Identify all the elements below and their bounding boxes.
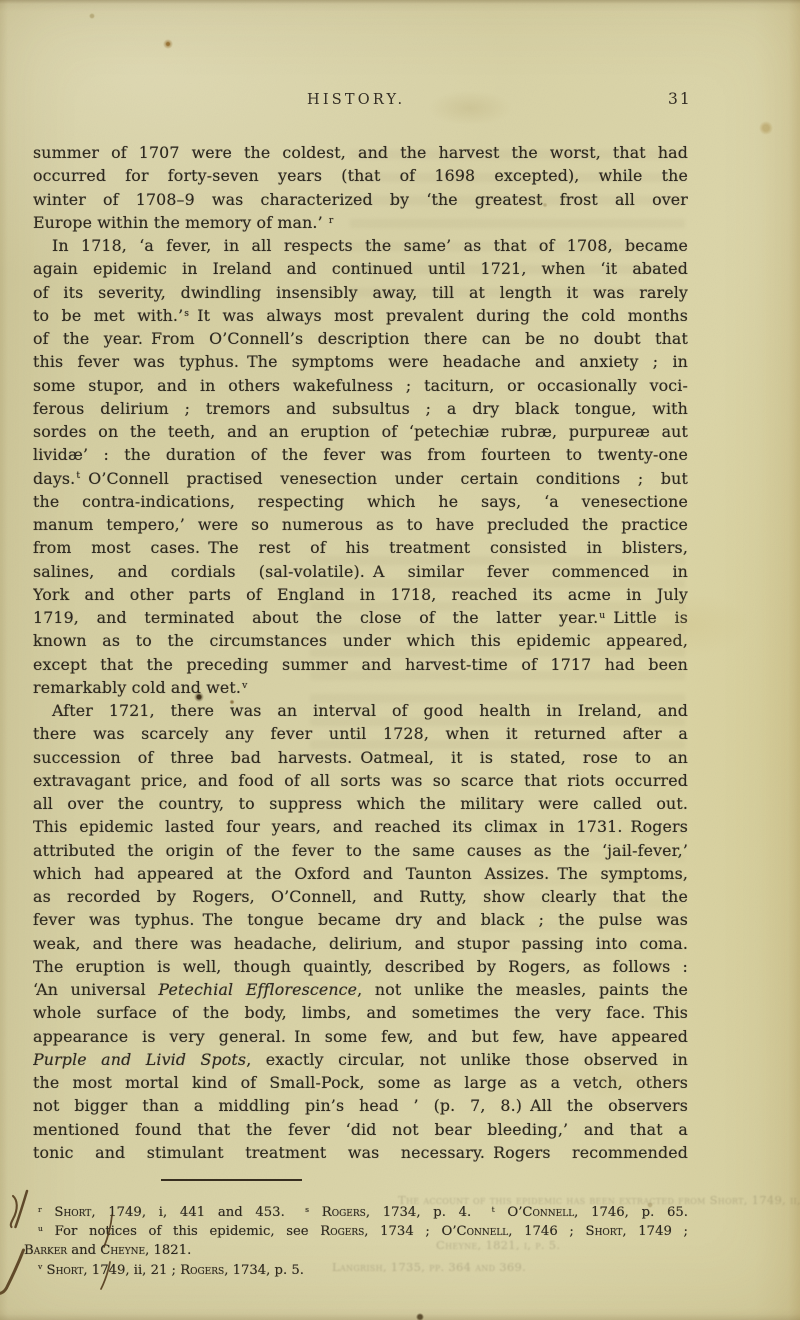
page-header-title: HISTORY. [307,92,405,108]
body-line: except that the preceding summer and har… [33,653,688,676]
body-line: salines, and cordials (sal-volatile). A … [33,560,688,583]
body-line: York and other parts of England in 1718,… [33,583,688,606]
body-line: this fever was typhus. The symptoms were… [33,350,688,373]
body-line: ‘An universal Petechial Efflorescence, n… [33,978,688,1001]
pen-mark-slash [0,1250,24,1293]
footnote-divider [161,1179,302,1181]
body-line: attributed the origin of the fever to th… [33,839,688,862]
body-line: the contra-indications, respecting which… [33,490,688,513]
pen-mark-curl [11,1196,17,1227]
body-line: days.t O’Connell practised venesection u… [33,467,688,490]
body-line: to be met with.’s It was always most pre… [33,304,688,327]
body-line: appearance is very general. In some few,… [33,1025,688,1048]
body-line: there was scarcely any fever until 1728,… [33,722,688,745]
body-line: succession of three bad harvests. Oatmea… [33,746,688,769]
footnote-line: r Short, 1749, i, 441 and 453. s Rogers,… [24,1203,688,1222]
body-line: of its severity, dwindling insensibly aw… [33,281,688,304]
body-line: some stupor, and in others wakefulness ;… [33,374,688,397]
body-line: winter of 1708–9 was characterized by ‘t… [33,188,688,211]
body-line: whole surface of the body, limbs, and so… [33,1001,688,1024]
body-line: sordes on the teeth, and an eruption of … [33,420,688,443]
body-line: summer of 1707 were the coldest, and the… [33,141,688,164]
body-line: manum tempero,’ were so numerous as to h… [33,513,688,536]
body-line: In 1718, ‘a fever, in all respects the s… [33,234,688,257]
body-line: known as to the circumstances under whic… [33,629,688,652]
body-line: occurred for forty-seven years (that of … [33,164,688,187]
body-line: ferous delirium ; tremors and subsultus … [33,397,688,420]
body-line: which had appeared at the Oxford and Tau… [33,862,688,885]
body-line: tonic and stimulant treatment was necess… [33,1141,688,1164]
body-text: summer of 1707 were the coldest, and the… [33,141,688,1164]
footnote-line: Barker and Cheyne, 1821. [24,1241,688,1260]
body-line: of the year. From O’Connell’s descriptio… [33,327,688,350]
body-line: the most mortal kind of Small-Pock, some… [33,1071,688,1094]
body-line: mentioned found that the fever ‘did not … [33,1118,688,1141]
footnotes: r Short, 1749, i, 441 and 453. s Rogers,… [24,1203,688,1280]
page-number: 31 [668,90,692,108]
footnote-line: u For notices of this epidemic, see Roge… [24,1222,688,1241]
body-line: all over the country, to suppress which … [33,792,688,815]
body-line: from most cases. The rest of his treatme… [33,536,688,559]
body-line: Europe within the memory of man.’ r [33,211,688,234]
body-line: 1719, and terminated about the close of … [33,606,688,629]
body-line: not bigger than a middling pin’s head ’ … [33,1094,688,1117]
body-line: lividæ’ : the duration of the fever was … [33,443,688,466]
body-line: fever was typhus. The tongue became dry … [33,908,688,931]
body-line: After 1721, there was an interval of goo… [33,699,688,722]
body-line: weak, and there was headache, delirium, … [33,932,688,955]
body-line: again epidemic in Ireland and continued … [33,257,688,280]
body-line: Purple and Livid Spots, exactly circular… [33,1048,688,1071]
body-line: The eruption is well, though quaintly, d… [33,955,688,978]
book-page: The account of this epidemic has been ex… [0,0,800,1320]
footnote-line: v Short, 1749, ii, 21 ; Rogers, 1734, p.… [24,1261,688,1280]
body-line: as recorded by Rogers, O’Connell, and Ru… [33,885,688,908]
body-line: This epidemic lasted four years, and rea… [33,815,688,838]
body-line: extravagant price, and food of all sorts… [33,769,688,792]
body-line: remarkably cold and wet.v [33,676,688,699]
